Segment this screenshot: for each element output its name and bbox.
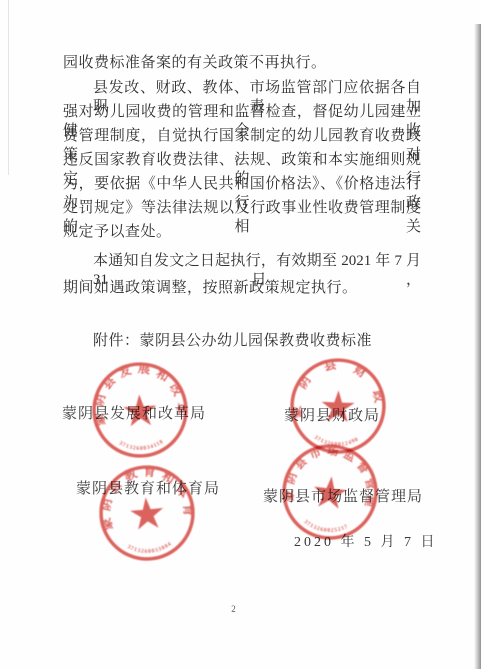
star-icon (312, 475, 348, 510)
official-seal-market-supervision: 蒙阴县市场监督管理局 3713260025217 (273, 435, 387, 549)
body-text-line: 期间如遇政策调整，按照新政策规定执行。 (63, 279, 421, 298)
official-seal-education-sports: 蒙阴县教育和体育局 3713260033804 (91, 457, 204, 570)
official-seal-development-reform: 蒙阴县发展和改革局 3713260034118 (85, 355, 194, 464)
scan-edge-shadow (474, 24, 481, 669)
star-icon (321, 390, 355, 423)
attachment-line: 附件：蒙阴县公办幼儿园保教费收费标准 (63, 332, 421, 351)
star-icon (129, 496, 165, 530)
star-icon (123, 394, 158, 427)
body-text-line: 规定予以查处。 (63, 223, 421, 242)
scan-edge-line (8, 0, 9, 175)
scanned-document-page: 园收费标准备案的有关政策不再执行。 县发改、财政、教体、市场监管部门应依据各自职… (0, 0, 481, 669)
body-text-line: 园收费标准备案的有关政策不再执行。 (63, 54, 421, 73)
page-number: 2 (0, 604, 467, 614)
